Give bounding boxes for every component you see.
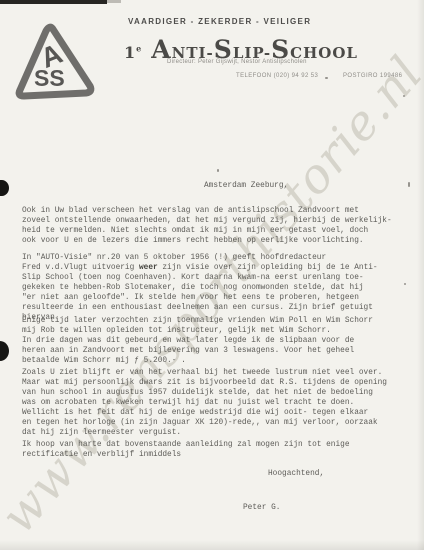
letterhead-slogan: VAARDIGER - ZEKERDER - VEILIGER (128, 17, 311, 26)
paragraph-4: Zoals U ziet blijft er van het verhaal b… (22, 368, 414, 408)
paragraph-2-bold-word: weer (139, 264, 158, 272)
title-prefix: 1e (124, 43, 142, 62)
signature: Peter G. (243, 503, 280, 513)
punch-hole-top (0, 180, 9, 196)
punch-hole-bottom (0, 341, 9, 361)
paragraph-1: Ook in Uw blad verscheen het verslag van… (22, 206, 414, 246)
scan-speck (217, 169, 219, 172)
scan-bottom-edge-shadow (0, 540, 424, 550)
paragraph-3: Enige tijd later verzochten zijn toenmal… (22, 316, 414, 366)
scan-edge-gray-bar (107, 0, 121, 3)
anti-slip-school-logo: A SS (14, 22, 98, 100)
warning-triangle-icon: A SS (14, 22, 98, 100)
scan-edge-dark-bar (0, 0, 107, 4)
logo-letters-ss: SS (34, 65, 65, 91)
paragraph-2: In "AUTO-Visie" nr.20 van 5 oktober 1956… (22, 253, 414, 323)
telephone-line: TELEFOON (020) 94 92 53 (236, 73, 318, 79)
place-line: Amsterdam Zeeburg, (204, 181, 288, 191)
paragraph-5: Wellicht is het feit dat hij de enige we… (22, 408, 414, 438)
director-line: Directeur: Peter Gijswijt, Nestor Antisl… (167, 59, 307, 65)
paragraph-2-rest: zijn visie over zijn opleiding bij de 1e… (22, 264, 378, 322)
scan-speck (325, 77, 328, 79)
paragraph-6: Ik hoop van harte dat bovenstaande aanle… (22, 440, 414, 460)
scan-speck (408, 182, 410, 187)
postgiro-line: POSTGIRO 199486 (343, 73, 402, 79)
closing-salutation: Hoogachtend, (268, 469, 324, 479)
